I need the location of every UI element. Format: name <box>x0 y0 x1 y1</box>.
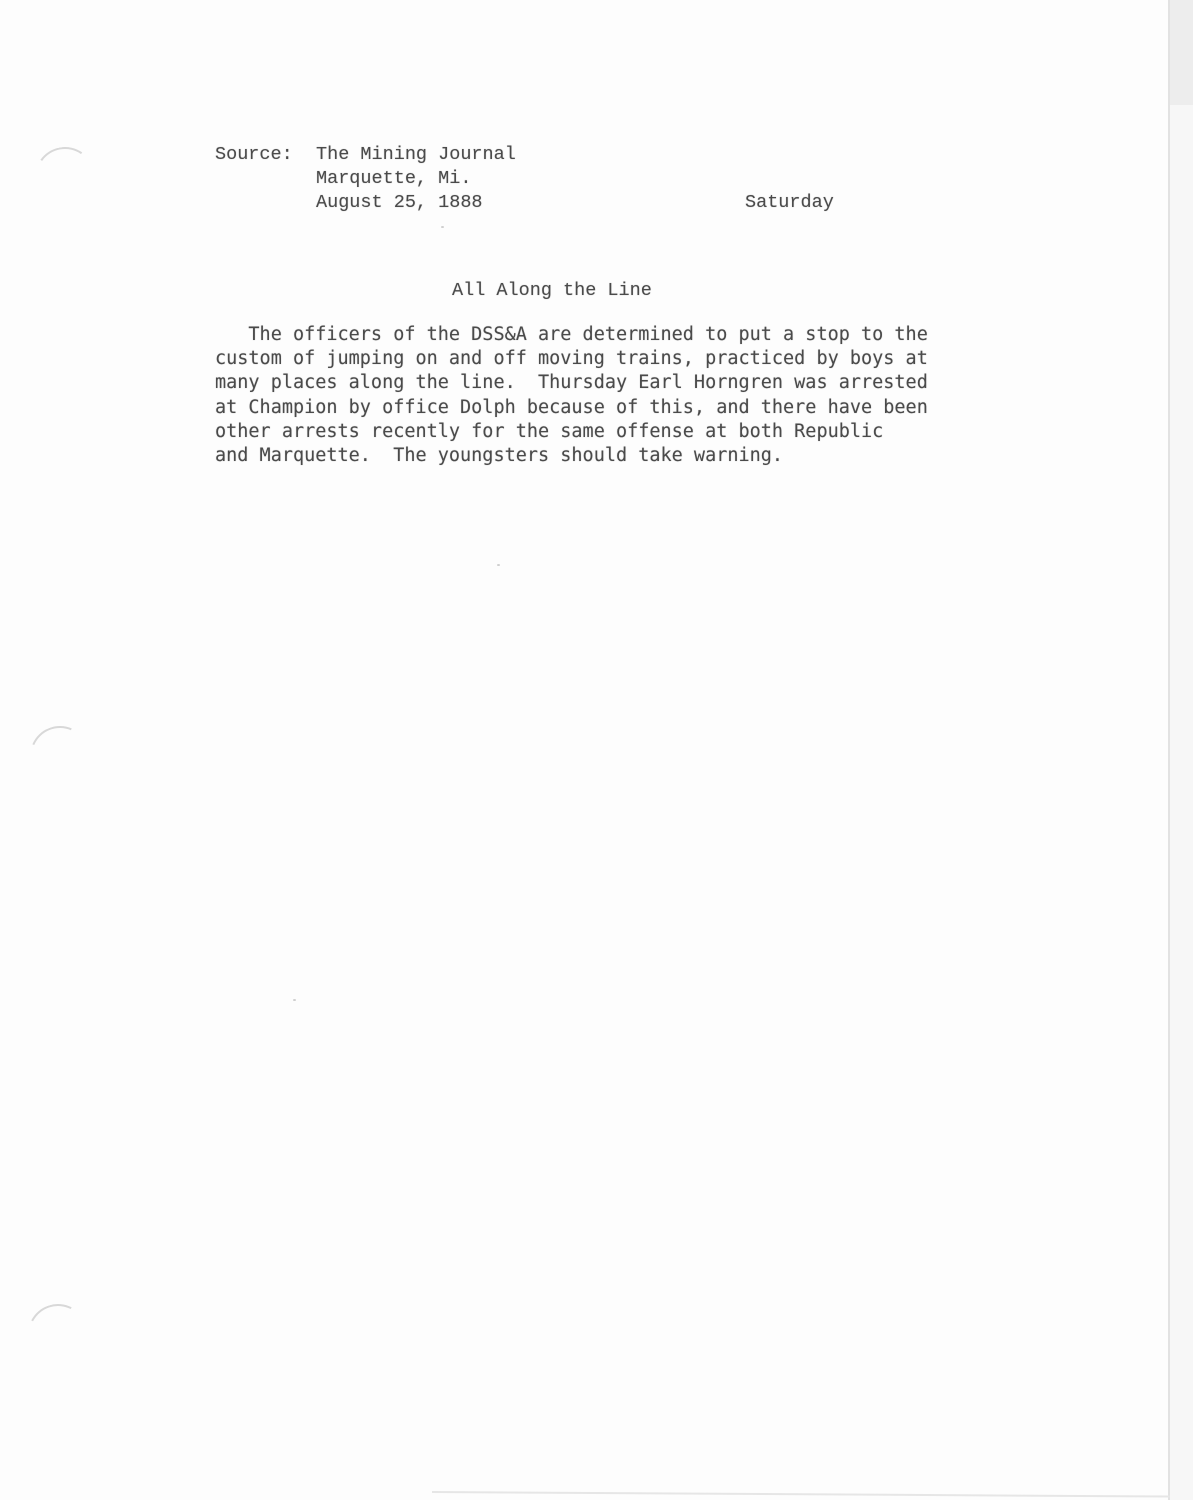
punch-hole-bottom <box>20 1296 96 1372</box>
scan-speck <box>293 999 296 1001</box>
punch-hole-middle <box>21 717 99 795</box>
page-edge-seam <box>1168 0 1193 1500</box>
publication-date: August 25, 1888 <box>316 191 483 215</box>
scan-speck <box>441 226 444 228</box>
scan-speck <box>497 564 500 566</box>
publication-location: Marquette, Mi. <box>316 167 471 191</box>
punch-hole-top <box>30 142 100 212</box>
source-label: Source: <box>215 143 293 167</box>
page-edge-seam-top <box>1170 0 1193 105</box>
weekday-label: Saturday <box>745 191 834 215</box>
article-body: The officers of the DSS&A are determined… <box>215 323 928 468</box>
article-title: All Along the Line <box>452 279 652 303</box>
scanned-document-page: Source: The Mining Journal Marquette, Mi… <box>0 0 1193 1500</box>
publication-name: The Mining Journal <box>316 143 516 167</box>
page-bottom-edge <box>432 1491 1170 1498</box>
